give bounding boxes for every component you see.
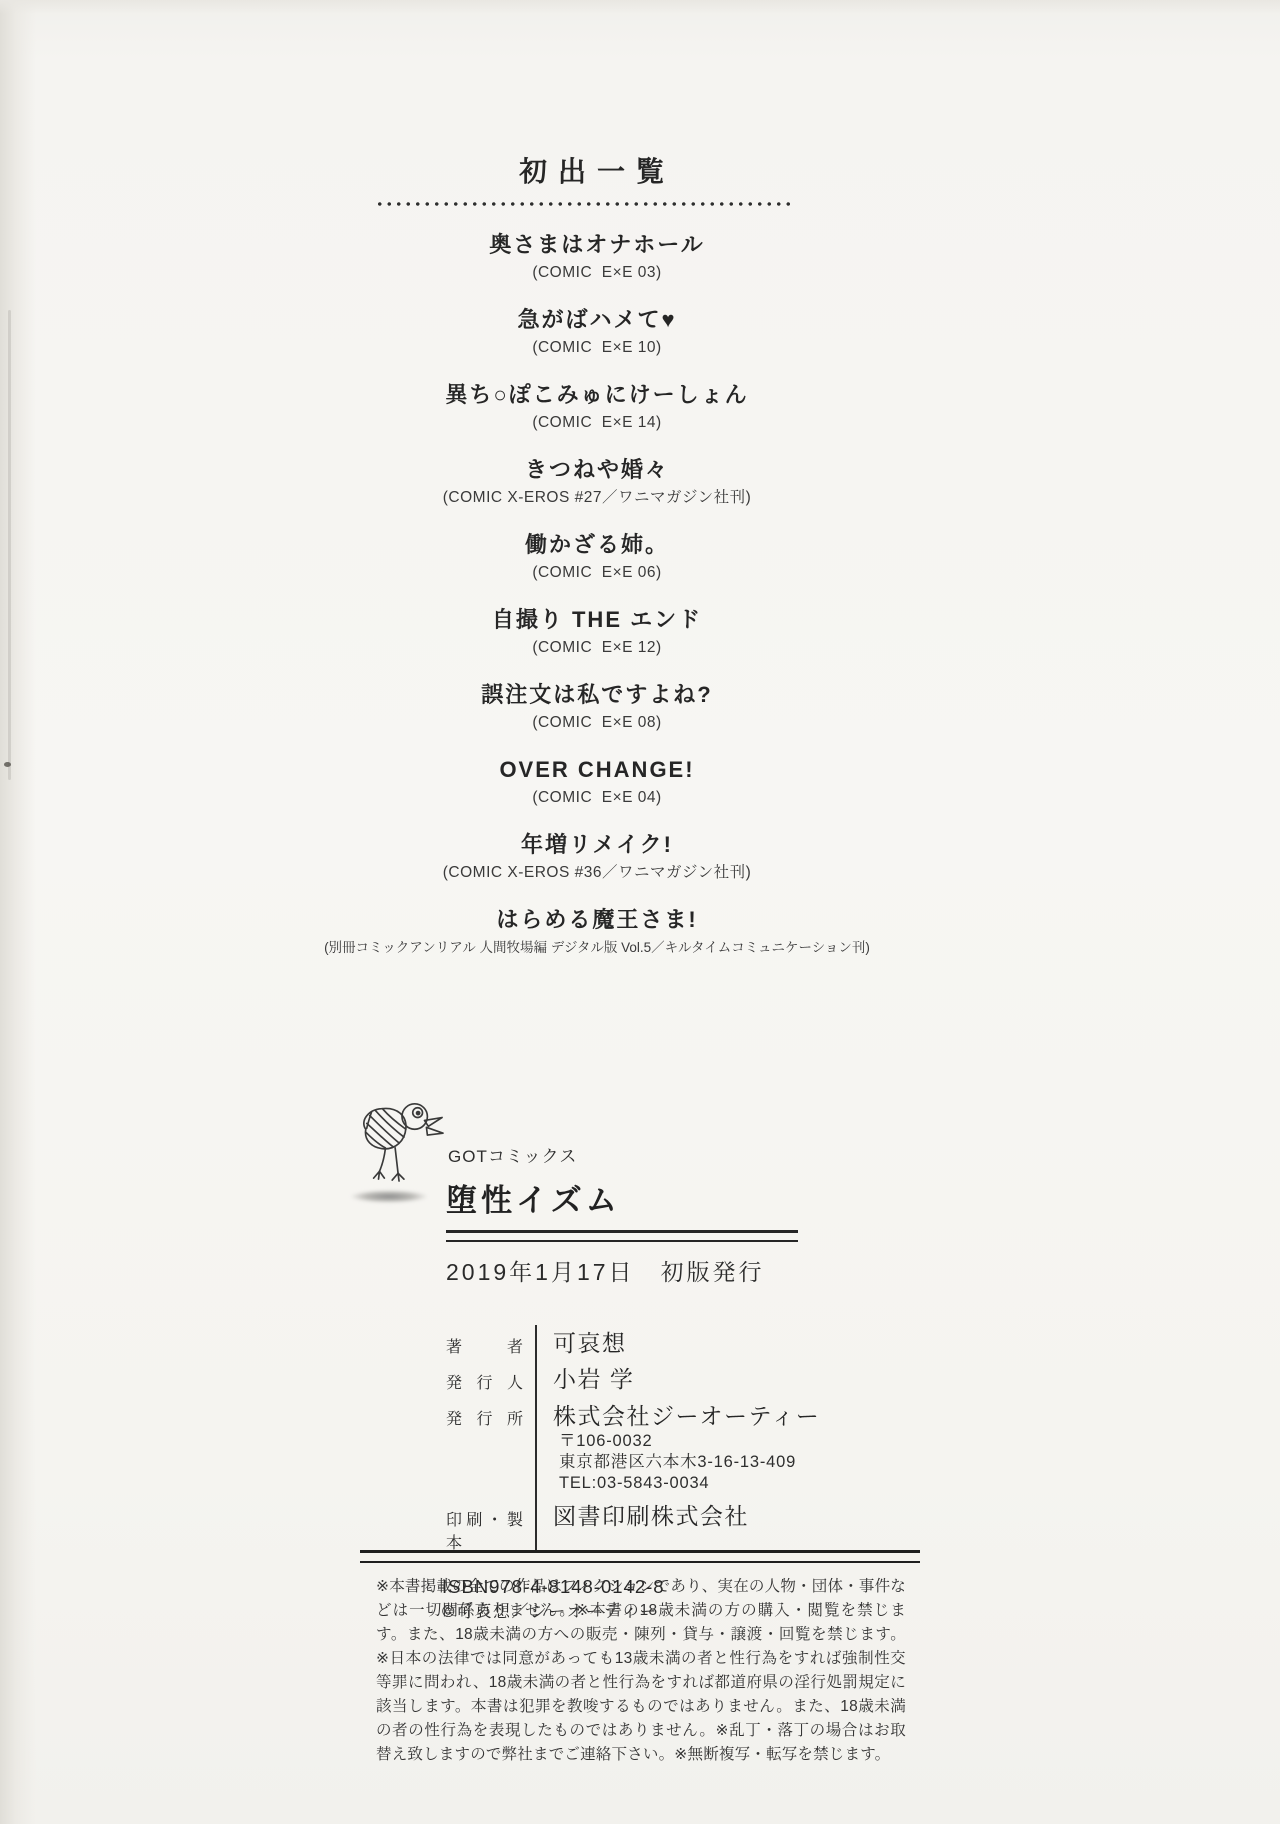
work-source: (COMIC E×E 03) (282, 260, 912, 285)
work-source: (COMIC E×E 08) (282, 710, 912, 735)
credit-label: 発行人 (446, 1361, 523, 1397)
work-source: (COMIC X-EROS #27／ワニマガジン社刊) (282, 485, 912, 510)
scan-edge-left (0, 0, 36, 1824)
scan-streak (8, 310, 11, 780)
work-source: (COMIC X-EROS #36／ワニマガジン社刊) (282, 860, 912, 885)
title-rule (446, 1230, 798, 1242)
work-title: はらめる魔王さま! (282, 905, 912, 935)
list-item: 自撮り THE エンド (COMIC E×E 12) (282, 605, 912, 660)
credit-value: 小岩 学 (535, 1361, 1006, 1397)
scan-edge-top (0, 0, 1280, 14)
disclaimer-rule (360, 1550, 920, 1563)
work-source: (COMIC E×E 04) (282, 785, 912, 810)
credit-label: 発行所 (446, 1397, 523, 1498)
credit-value: 可哀想 (535, 1325, 1006, 1361)
list-item: 急がばハメて♥ (COMIC E×E 10) (282, 305, 912, 360)
work-title: きつねや婚々 (282, 455, 912, 485)
work-title: 誤注文は私ですよね? (282, 680, 912, 710)
credit-value: 図書印刷株式会社 (535, 1498, 1006, 1553)
book-title: 堕性イズム (446, 1175, 1006, 1220)
list-item: 誤注文は私ですよね? (COMIC E×E 08) (282, 680, 912, 735)
list-item: OVER CHANGE! (COMIC E×E 04) (282, 755, 912, 810)
credit-row-author: 著者 可哀想 (446, 1325, 1006, 1361)
list-item: 働かざる姉。 (COMIC E×E 06) (282, 530, 912, 585)
credit-label: 著者 (446, 1325, 523, 1361)
list-item: 異ち○ぽこみゅにけーしょん (COMIC E×E 14) (282, 380, 912, 435)
colophon-page: 初出一覧 奥さまはオナホール (COMIC E×E 03) 急がばハメて♥ (C… (0, 0, 1280, 1824)
credits-table: 著者 可哀想 発行人 小岩 学 発行所 株式会社ジーオーティー 〒106-003… (446, 1325, 1006, 1553)
publisher-address: 東京都港区六本木3-16-13-409 (559, 1452, 1006, 1473)
list-item: はらめる魔王さま! (別冊コミックアンリアル 人間牧場編 デジタル版 Vol.5… (282, 905, 912, 960)
credit-row-publisher-company: 発行所 株式会社ジーオーティー 〒106-0032 東京都港区六本木3-16-1… (446, 1397, 1006, 1498)
publisher-phone: TEL:03-5843-0034 (559, 1473, 1006, 1494)
entry-list: 奥さまはオナホール (COMIC E×E 03) 急がばハメて♥ (COMIC … (282, 230, 912, 960)
publisher-postal-code: 〒106-0032 (559, 1431, 1006, 1452)
credit-row-publisher-person: 発行人 小岩 学 (446, 1361, 1006, 1397)
logo-shadow (350, 1190, 428, 1203)
list-item: 年増リメイク! (COMIC X-EROS #36／ワニマガジン社刊) (282, 830, 912, 885)
work-title: 年増リメイク! (282, 830, 912, 860)
work-title: 自撮り THE エンド (282, 605, 912, 635)
first-publication-list: 初出一覧 奥さまはオナホール (COMIC E×E 03) 急がばハメて♥ (C… (282, 150, 912, 980)
disclaimer-section: ※本書掲載の全ての作品はフィクションであり、実在の人物・団体・事件などは一切関係… (360, 1550, 920, 1767)
work-title: OVER CHANGE! (282, 755, 912, 785)
work-source: (COMIC E×E 06) (282, 560, 912, 585)
list-item: 奥さまはオナホール (COMIC E×E 03) (282, 230, 912, 285)
list-heading: 初出一覧 (282, 150, 912, 190)
work-source: (COMIC E×E 10) (282, 335, 912, 360)
credit-row-printer: 印刷・製本 図書印刷株式会社 (446, 1498, 1006, 1553)
scan-speck (4, 762, 11, 767)
work-title: 働かざる姉。 (282, 530, 912, 560)
disclaimer-text: ※本書掲載の全ての作品はフィクションであり、実在の人物・団体・事件などは一切関係… (376, 1575, 906, 1767)
list-item: きつねや婚々 (COMIC X-EROS #27／ワニマガジン社刊) (282, 455, 912, 510)
edition-line: 2019年1月17日 初版発行 (446, 1254, 1006, 1287)
publisher-name: 株式会社ジーオーティー (553, 1401, 1006, 1431)
work-source: (別冊コミックアンリアル 人間牧場編 デジタル版 Vol.5／キルタイムコミュニ… (282, 935, 912, 960)
bird-doodle-icon (352, 1096, 450, 1184)
imprint-label: GOTコミックス (448, 1142, 1006, 1167)
work-title: 奥さまはオナホール (282, 230, 912, 260)
work-title: 異ち○ぽこみゅにけーしょん (282, 380, 912, 410)
dotted-divider (375, 202, 795, 206)
work-source: (COMIC E×E 14) (282, 410, 912, 435)
work-title: 急がばハメて♥ (282, 305, 912, 335)
credit-label: 印刷・製本 (446, 1498, 523, 1553)
credit-value-group: 株式会社ジーオーティー 〒106-0032 東京都港区六本木3-16-13-40… (535, 1397, 1006, 1498)
work-source: (COMIC E×E 12) (282, 635, 912, 660)
